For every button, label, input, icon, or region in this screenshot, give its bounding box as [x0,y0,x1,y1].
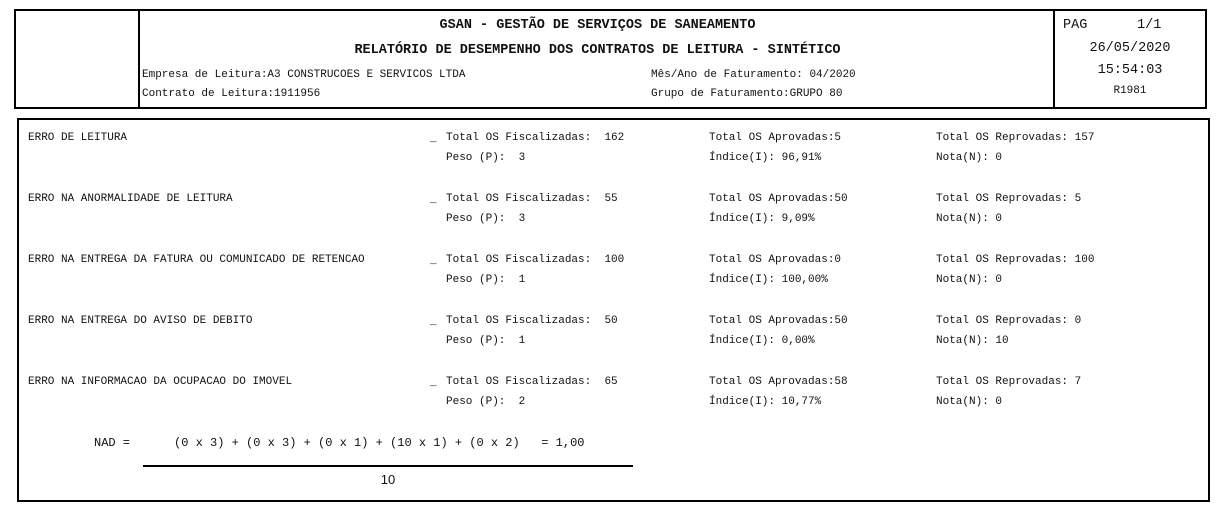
fiscalizadas-label: Total OS Fiscalizadas: [446,315,591,327]
empresa-field: Empresa de Leitura:A3 CONSTRUCOES E SERV… [142,69,465,81]
page-label: PAG [1063,18,1087,33]
fiscalizadas-value: 50 [604,315,617,327]
peso-field: Peso (P): 1 [446,335,525,347]
row-dash: _ [430,255,437,267]
reprovadas-label: Total OS Reprovadas: [936,254,1068,266]
mes-ano-label: Mês/Ano de Faturamento: [651,69,803,81]
grupo-value: GRUPO 80 [790,88,843,100]
fiscalizadas-label: Total OS Fiscalizadas: [446,254,591,266]
reprovadas-field: Total OS Reprovadas: 5 [936,193,1081,205]
nota-label: Nota(N): [936,213,989,225]
mes-ano-field: Mês/Ano de Faturamento: 04/2020 [651,69,856,81]
peso-value: 1 [519,335,526,347]
table-row: ERRO DE LEITURA _ Total OS Fiscalizadas:… [19,120,1208,160]
peso-label: Peso (P): [446,396,505,408]
category-name: ERRO NA ANORMALIDADE DE LEITURA [28,193,233,205]
contrato-value: 1911956 [274,88,320,100]
indice-value: 9,09% [782,213,815,225]
contrato-label: Contrato de Leitura: [142,88,274,100]
fiscalizadas-field: Total OS Fiscalizadas: 162 [446,132,624,144]
reprovadas-label: Total OS Reprovadas: [936,193,1068,205]
nota-value: 0 [995,274,1002,286]
reprovadas-label: Total OS Reprovadas: [936,132,1068,144]
nota-value: 10 [995,335,1008,347]
reprovadas-label: Total OS Reprovadas: [936,315,1068,327]
aprovadas-value: 58 [834,376,847,388]
aprovadas-label: Total OS Aprovadas: [709,315,834,327]
nota-field: Nota(N): 0 [936,396,1002,408]
nota-label: Nota(N): [936,335,989,347]
nota-field: Nota(N): 0 [936,152,1002,164]
peso-label: Peso (P): [446,335,505,347]
reprovadas-field: Total OS Reprovadas: 157 [936,132,1094,144]
table-row: ERRO NA ENTREGA DO AVISO DE DEBITO _ Tot… [19,303,1208,343]
reprovadas-value: 7 [1075,376,1082,388]
aprovadas-label: Total OS Aprovadas: [709,254,834,266]
fiscalizadas-value: 100 [604,254,624,266]
system-title: GSAN - GESTÃO DE SERVIÇOS DE SANEAMENTO [140,18,1055,33]
grupo-label: Grupo de Faturamento: [651,88,790,100]
fiscalizadas-label: Total OS Fiscalizadas: [446,193,591,205]
row-dash: _ [430,316,437,328]
nota-field: Nota(N): 10 [936,335,1009,347]
indice-label: Índice(I): [709,213,775,225]
peso-value: 2 [519,396,526,408]
indice-field: Índice(I): 100,00% [709,274,828,286]
category-name: ERRO NA ENTREGA DA FATURA OU COMUNICADO … [28,254,365,266]
indice-field: Índice(I): 9,09% [709,213,815,225]
aprovadas-field: Total OS Aprovadas:58 [709,376,848,388]
aprovadas-field: Total OS Aprovadas:50 [709,315,848,327]
nota-value: 0 [995,396,1002,408]
indice-field: Índice(I): 0,00% [709,335,815,347]
indice-value: 96,91% [782,152,822,164]
nota-value: 0 [995,152,1002,164]
nota-label: Nota(N): [936,396,989,408]
empresa-value: A3 CONSTRUCOES E SERVICOS LTDA [267,69,465,81]
reprovadas-value: 5 [1075,193,1082,205]
report-id: R1981 [1055,85,1205,97]
peso-label: Peso (P): [446,152,505,164]
page-number: 1/1 [1137,18,1161,33]
reprovadas-value: 0 [1075,315,1082,327]
nota-label: Nota(N): [936,274,989,286]
table-row: ERRO NA INFORMACAO DA OCUPACAO DO IMOVEL… [19,364,1208,404]
fiscalizadas-value: 162 [604,132,624,144]
indice-label: Índice(I): [709,335,775,347]
aprovadas-field: Total OS Aprovadas:5 [709,132,841,144]
fraction-line [143,465,633,467]
row-dash: _ [430,194,437,206]
table-row: ERRO NA ANORMALIDADE DE LEITURA _ Total … [19,181,1208,221]
row-dash: _ [430,377,437,389]
peso-label: Peso (P): [446,274,505,286]
indice-value: 10,77% [782,396,822,408]
indice-value: 0,00% [782,335,815,347]
aprovadas-field: Total OS Aprovadas:0 [709,254,841,266]
peso-field: Peso (P): 3 [446,152,525,164]
peso-value: 3 [519,152,526,164]
reprovadas-value: 157 [1075,132,1095,144]
category-name: ERRO NA ENTREGA DO AVISO DE DEBITO [28,315,252,327]
grupo-field: Grupo de Faturamento:GRUPO 80 [651,88,842,100]
fiscalizadas-value: 55 [604,193,617,205]
reprovadas-label: Total OS Reprovadas: [936,376,1068,388]
aprovadas-value: 0 [834,254,841,266]
report-date: 26/05/2020 [1055,41,1205,56]
nota-value: 0 [995,213,1002,225]
reprovadas-value: 100 [1075,254,1095,266]
aprovadas-value: 5 [834,132,841,144]
fiscalizadas-field: Total OS Fiscalizadas: 100 [446,254,624,266]
aprovadas-label: Total OS Aprovadas: [709,376,834,388]
nad-expression: (0 x 3) + (0 x 3) + (0 x 1) + (10 x 1) +… [174,436,584,450]
reprovadas-field: Total OS Reprovadas: 100 [936,254,1094,266]
indice-field: Índice(I): 96,91% [709,152,821,164]
contrato-field: Contrato de Leitura:1911956 [142,88,320,100]
category-name: ERRO NA INFORMACAO DA OCUPACAO DO IMOVEL [28,376,292,388]
peso-field: Peso (P): 1 [446,274,525,286]
row-dash: _ [430,133,437,145]
nota-field: Nota(N): 0 [936,274,1002,286]
logo-cell [16,11,140,107]
report-time: 15:54:03 [1055,63,1205,78]
indice-label: Índice(I): [709,152,775,164]
nota-field: Nota(N): 0 [936,213,1002,225]
aprovadas-field: Total OS Aprovadas:50 [709,193,848,205]
fiscalizadas-value: 65 [604,376,617,388]
page-info-cell: PAG 1/1 26/05/2020 15:54:03 R1981 [1053,11,1205,107]
aprovadas-value: 50 [834,193,847,205]
fiscalizadas-field: Total OS Fiscalizadas: 65 [446,376,618,388]
peso-label: Peso (P): [446,213,505,225]
report-header: GSAN - GESTÃO DE SERVIÇOS DE SANEAMENTO … [14,9,1207,109]
aprovadas-label: Total OS Aprovadas: [709,193,834,205]
category-name: ERRO DE LEITURA [28,132,127,144]
mes-ano-value: 04/2020 [809,69,855,81]
table-row: ERRO NA ENTREGA DA FATURA OU COMUNICADO … [19,242,1208,282]
nota-label: Nota(N): [936,152,989,164]
report-body: ERRO DE LEITURA _ Total OS Fiscalizadas:… [17,118,1210,502]
fiscalizadas-label: Total OS Fiscalizadas: [446,376,591,388]
nad-label: NAD = [94,436,130,450]
indice-value: 100,00% [782,274,828,286]
indice-label: Índice(I): [709,274,775,286]
fiscalizadas-field: Total OS Fiscalizadas: 55 [446,193,618,205]
peso-field: Peso (P): 2 [446,396,525,408]
peso-value: 3 [519,213,526,225]
reprovadas-field: Total OS Reprovadas: 0 [936,315,1081,327]
aprovadas-value: 50 [834,315,847,327]
fiscalizadas-field: Total OS Fiscalizadas: 50 [446,315,618,327]
fiscalizadas-label: Total OS Fiscalizadas: [446,132,591,144]
aprovadas-label: Total OS Aprovadas: [709,132,834,144]
peso-value: 1 [519,274,526,286]
reprovadas-field: Total OS Reprovadas: 7 [936,376,1081,388]
empresa-label: Empresa de Leitura: [142,69,267,81]
report-title: RELATÓRIO DE DESEMPENHO DOS CONTRATOS DE… [140,43,1055,58]
peso-field: Peso (P): 3 [446,213,525,225]
nad-denominator: 10 [143,472,633,487]
indice-field: Índice(I): 10,77% [709,396,821,408]
indice-label: Índice(I): [709,396,775,408]
